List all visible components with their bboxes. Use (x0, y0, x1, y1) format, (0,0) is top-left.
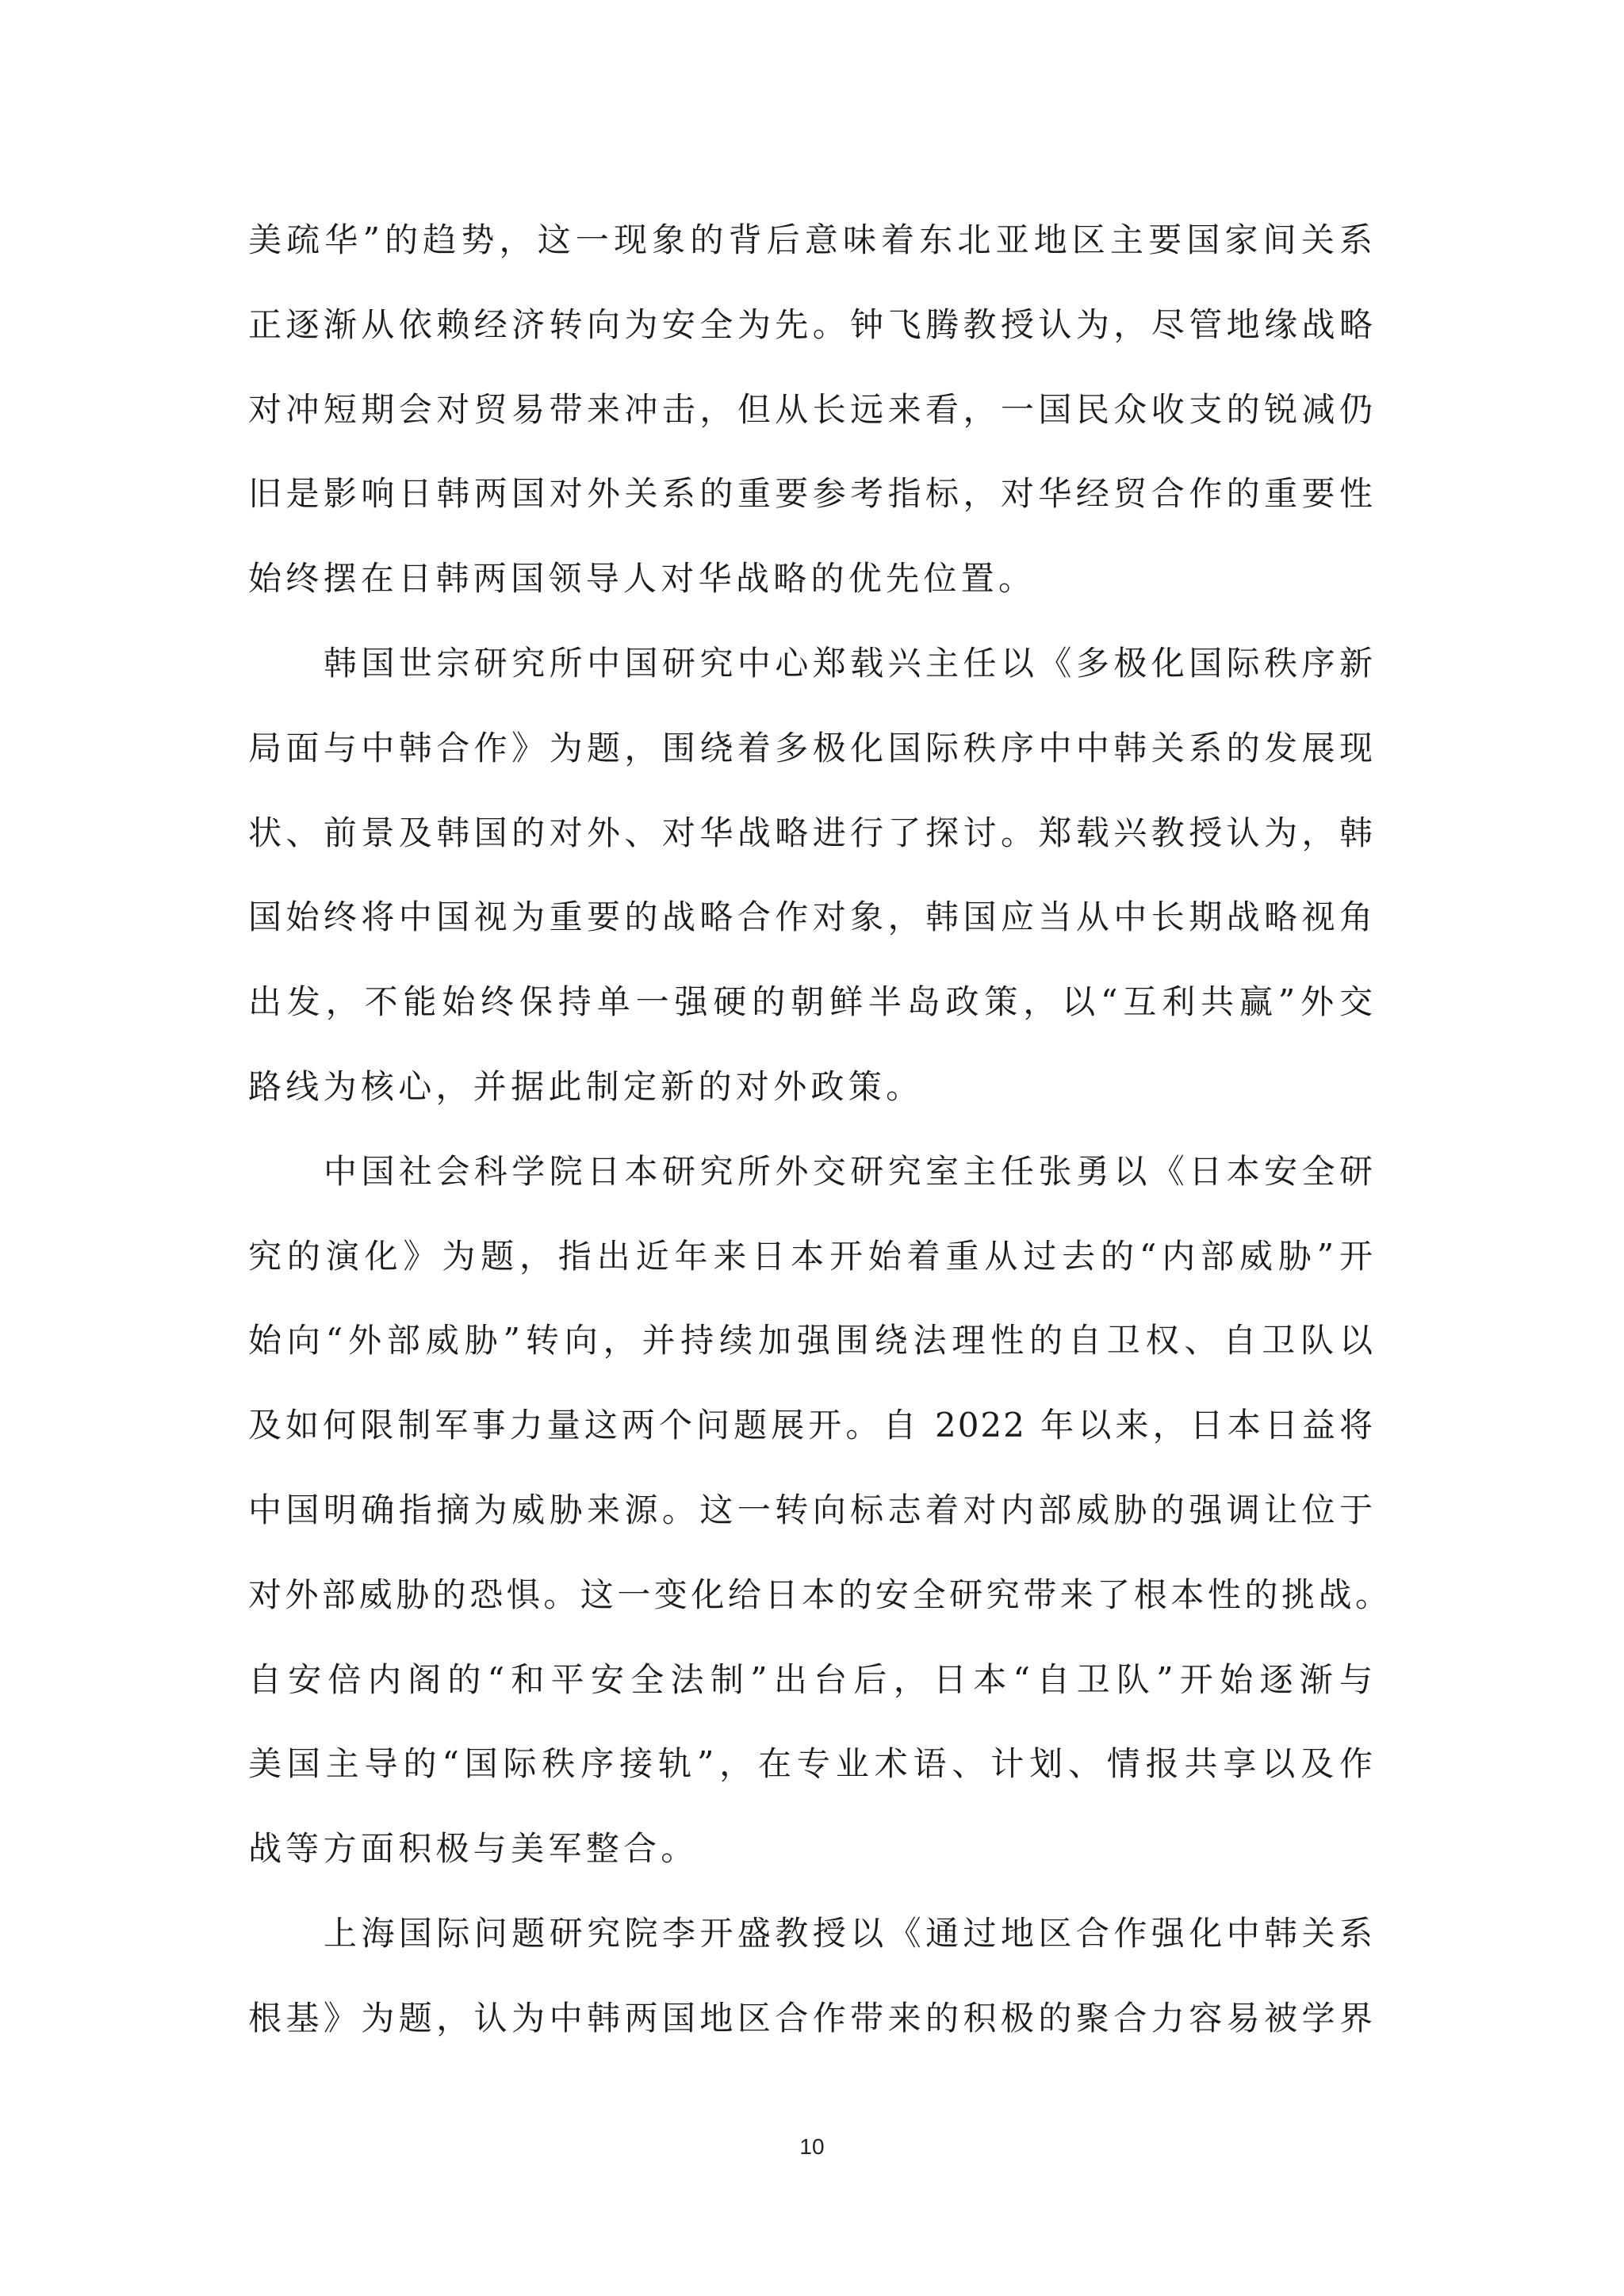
document-page: 美疏华”的趋势，这一现象的背后意味着东北亚地区主要国家间关系 正逐渐从依赖经济转… (0, 0, 1624, 2296)
text-line: 美国主导的“国际秩序接轨”，在专业术语、计划、情报共享以及作 (248, 1722, 1374, 1807)
text-line: 状、前景及韩国的对外、对华战略进行了探讨。郑载兴教授认为，韩 (248, 791, 1374, 876)
text-line: 自安倍内阁的“和平安全法制”出台后，日本“自卫队”开始逐渐与 (248, 1638, 1374, 1723)
page-number: 10 (0, 2131, 1624, 2163)
text-line: 旧是影响日韩两国对外关系的重要参考指标，对华经贸合作的重要性 (248, 452, 1374, 537)
text-line: 始向“外部威胁”转向，并持续加强围绕法理性的自卫权、自卫队以 (248, 1299, 1374, 1383)
text-line: 战等方面积极与美军整合。 (248, 1807, 1374, 1892)
text-line: 对外部威胁的恐惧。这一变化给日本的安全研究带来了根本性的挑战。 (248, 1553, 1390, 1638)
text-line: 始终摆在日韩两国领导人对华战略的优先位置。 (248, 537, 1374, 622)
text-line: 对冲短期会对贸易带来冲击，但从长远来看，一国民众收支的锐减仍 (248, 368, 1374, 453)
text-line: 中国社会科学院日本研究所外交研究室主任张勇以《日本安全研 (248, 1130, 1374, 1215)
text-line: 中国明确指摘为威胁来源。这一转向标志着对内部威胁的强调让位于 (248, 1468, 1374, 1553)
text-line: 正逐渐从依赖经济转向为安全为先。钟飞腾教授认为，尽管地缘战略 (248, 283, 1374, 368)
paragraph-zhang-yong: 中国社会科学院日本研究所外交研究室主任张勇以《日本安全研 究的演化》为题，指出近… (248, 1130, 1374, 1892)
text-line: 局面与中韩合作》为题，围绕着多极化国际秩序中中韩关系的发展现 (248, 706, 1374, 791)
text-line: 美疏华”的趋势，这一现象的背后意味着东北亚地区主要国家间关系 (248, 198, 1374, 283)
text-line: 路线为核心，并据此制定新的对外政策。 (248, 1045, 1374, 1130)
text-line: 韩国世宗研究所中国研究中心郑载兴主任以《多极化国际秩序新 (248, 622, 1374, 706)
body-text: 美疏华”的趋势，这一现象的背后意味着东北亚地区主要国家间关系 正逐渐从依赖经济转… (248, 198, 1374, 2061)
text-line: 及如何限制军事力量这两个问题展开。自 2022 年以来，日本日益将 (248, 1383, 1374, 1468)
text-line: 出发，不能始终保持单一强硬的朝鲜半岛政策，以“互利共赢”外交 (248, 960, 1374, 1045)
paragraph-zheng-zaixing: 韩国世宗研究所中国研究中心郑载兴主任以《多极化国际秩序新 局面与中韩合作》为题，… (248, 622, 1374, 1130)
text-line: 根基》为题，认为中韩两国地区合作带来的积极的聚合力容易被学界 (248, 1976, 1374, 2061)
paragraph-continued: 美疏华”的趋势，这一现象的背后意味着东北亚地区主要国家间关系 正逐渐从依赖经济转… (248, 198, 1374, 622)
paragraph-li-kaisheng: 上海国际问题研究院李开盛教授以《通过地区合作强化中韩关系 根基》为题，认为中韩两… (248, 1892, 1374, 2061)
text-line: 究的演化》为题，指出近年来日本开始着重从过去的“内部威胁”开 (248, 1215, 1374, 1299)
text-line: 上海国际问题研究院李开盛教授以《通过地区合作强化中韩关系 (248, 1892, 1374, 1976)
text-line: 国始终将中国视为重要的战略合作对象，韩国应当从中长期战略视角 (248, 875, 1374, 960)
